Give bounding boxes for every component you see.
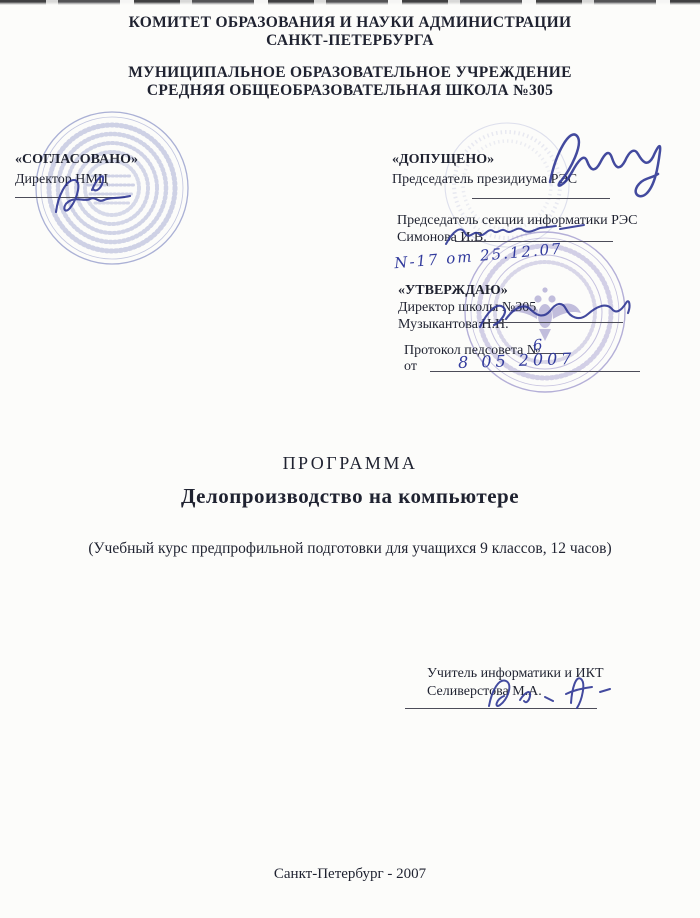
scanned-document-page: КОМИТЕТ ОБРАЗОВАНИЯ И НАУКИ АДМИНИСТРАЦИ… <box>0 0 700 918</box>
signature-muzykantova <box>480 301 629 327</box>
signature-seliverstova <box>489 678 610 708</box>
signature-presidium-chair <box>550 134 660 196</box>
signatures-layer <box>0 0 700 918</box>
signature-nmc-director <box>56 176 130 212</box>
scan-artifact-top-edge <box>0 0 700 5</box>
